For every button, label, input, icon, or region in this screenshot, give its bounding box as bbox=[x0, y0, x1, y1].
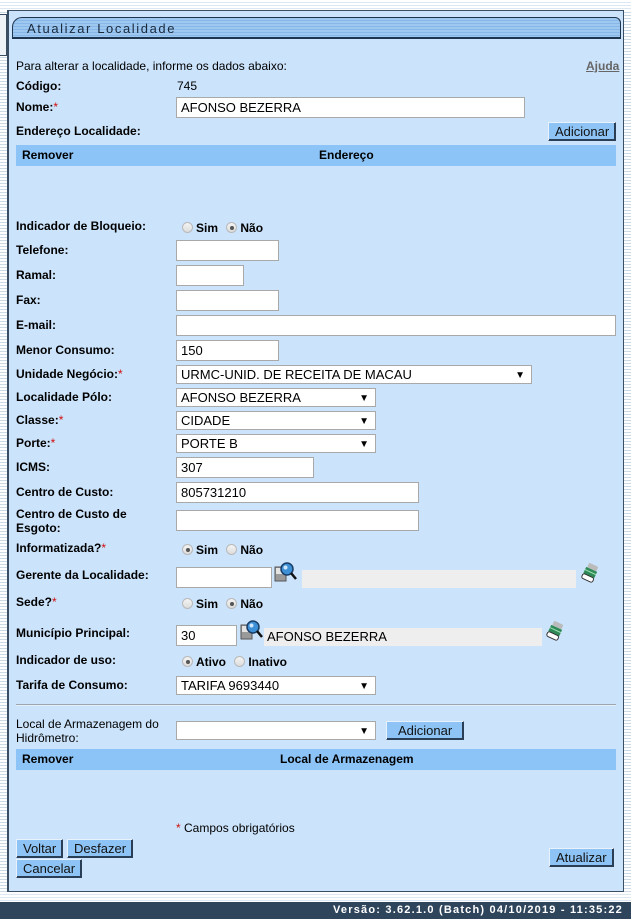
form-panel: Atualizar Localidade Para alterar a loca… bbox=[8, 10, 624, 892]
endereco-label: Endereço Localidade: bbox=[16, 124, 141, 138]
atualizar-button[interactable]: Atualizar bbox=[549, 848, 614, 867]
nome-label: Nome:* bbox=[16, 100, 58, 114]
dropdown-arrow-icon: ▼ bbox=[359, 724, 369, 739]
armazenagem-select[interactable]: ▼ bbox=[176, 721, 376, 740]
sede-label: Sede?* bbox=[16, 595, 57, 609]
uso-ativo-label: Ativo bbox=[196, 655, 226, 669]
informatizada-radio-group: Sim Não bbox=[182, 543, 268, 557]
tarifa-selected: TARIFA 9693440 bbox=[181, 678, 279, 693]
menor-consumo-input[interactable]: 150 bbox=[176, 340, 279, 361]
classe-select[interactable]: CIDADE▼ bbox=[176, 411, 376, 430]
sede-radio-group: Sim Não bbox=[182, 597, 268, 611]
voltar-button[interactable]: Voltar bbox=[16, 839, 63, 858]
porte-label-text: Porte: bbox=[16, 436, 51, 450]
classe-label-text: Classe: bbox=[16, 413, 59, 427]
endereco-grid-header: Remover Endereço bbox=[16, 145, 616, 166]
search-municipio-icon[interactable] bbox=[240, 619, 264, 641]
col-remover: Remover bbox=[22, 148, 73, 162]
informatizada-nao-radio[interactable] bbox=[226, 544, 237, 555]
porte-label: Porte:* bbox=[16, 436, 55, 450]
bloqueio-sim-radio[interactable] bbox=[182, 222, 193, 233]
desfazer-button[interactable]: Desfazer bbox=[67, 839, 133, 858]
help-link[interactable]: Ajuda bbox=[586, 59, 619, 73]
municipio-name-display: AFONSO BEZERRA bbox=[264, 628, 542, 646]
ramal-input[interactable] bbox=[176, 265, 244, 286]
bloqueio-sim-label: Sim bbox=[196, 221, 218, 235]
required-marker: * bbox=[52, 595, 57, 609]
title-bar: Atualizar Localidade bbox=[12, 17, 621, 39]
localidade-polo-label: Localidade Pólo: bbox=[16, 390, 112, 404]
unidade-negocio-select[interactable]: URMC-UNID. DE RECEITA DE MACAU▼ bbox=[176, 365, 532, 384]
add-endereco-button[interactable]: Adicionar bbox=[548, 122, 616, 141]
col-local-armazenagem: Local de Armazenagem bbox=[280, 752, 414, 766]
localidade-polo-selected: AFONSO BEZERRA bbox=[181, 390, 301, 405]
menor-consumo-label: Menor Consumo: bbox=[16, 343, 115, 357]
centro-custo-esgoto-label-2: Esgoto: bbox=[16, 521, 61, 535]
codigo-label: Código: bbox=[16, 79, 61, 93]
version-text: Versão: 3.62.1.0 (Batch) 04/10/2019 - 11… bbox=[333, 904, 623, 916]
icms-input[interactable]: 307 bbox=[176, 457, 314, 478]
sede-sim-label: Sim bbox=[196, 597, 218, 611]
required-marker: * bbox=[59, 413, 64, 427]
fax-input[interactable] bbox=[176, 290, 279, 311]
armazenagem-grid-header: Remover Local de Armazenagem bbox=[16, 749, 616, 770]
centro-custo-label: Centro de Custo: bbox=[16, 485, 113, 499]
footer-bar: Versão: 3.62.1.0 (Batch) 04/10/2019 - 11… bbox=[0, 902, 631, 919]
required-note-text: Campos obrigatórios bbox=[184, 821, 295, 835]
telefone-label: Telefone: bbox=[16, 243, 68, 257]
bloqueio-nao-radio[interactable] bbox=[226, 222, 237, 233]
uso-inativo-label: Inativo bbox=[248, 655, 287, 669]
indicador-uso-label: Indicador de uso: bbox=[16, 653, 116, 667]
ramal-label: Ramal: bbox=[16, 268, 56, 282]
email-input[interactable] bbox=[176, 315, 616, 336]
left-frame bbox=[0, 10, 8, 892]
required-marker: * bbox=[176, 821, 181, 835]
armazenagem-label-2: Hidrômetro: bbox=[16, 731, 79, 745]
eraser-gerente-icon[interactable] bbox=[581, 563, 599, 583]
email-label: E-mail: bbox=[16, 318, 56, 332]
gerente-code-input[interactable] bbox=[176, 567, 272, 588]
sede-nao-label: Não bbox=[240, 597, 263, 611]
classe-selected: CIDADE bbox=[181, 413, 230, 428]
right-frame bbox=[624, 10, 631, 892]
municipio-code-input[interactable]: 30 bbox=[176, 625, 237, 646]
dropdown-arrow-icon: ▼ bbox=[359, 679, 369, 694]
required-marker: * bbox=[118, 367, 123, 381]
unidade-negocio-label-text: Unidade Negócio: bbox=[16, 367, 118, 381]
porte-selected: PORTE B bbox=[181, 436, 238, 451]
icms-label: ICMS: bbox=[16, 460, 50, 474]
dropdown-arrow-icon: ▼ bbox=[515, 368, 525, 383]
cancelar-button[interactable]: Cancelar bbox=[16, 859, 82, 878]
classe-label: Classe:* bbox=[16, 413, 63, 427]
codigo-value: 745 bbox=[177, 79, 197, 93]
tarifa-label: Tarifa de Consumo: bbox=[16, 678, 128, 692]
informatizada-sim-label: Sim bbox=[196, 543, 218, 557]
tarifa-select[interactable]: TARIFA 9693440▼ bbox=[176, 676, 376, 695]
top-decoration bbox=[0, 0, 631, 10]
required-marker: * bbox=[101, 541, 106, 555]
uso-inativo-radio[interactable] bbox=[234, 656, 245, 667]
informatizada-sim-radio[interactable] bbox=[182, 544, 193, 555]
sede-sim-radio[interactable] bbox=[182, 598, 193, 609]
informatizada-label-text: Informatizada? bbox=[16, 541, 101, 555]
dropdown-arrow-icon: ▼ bbox=[359, 391, 369, 406]
col-remover: Remover bbox=[22, 752, 73, 766]
indicador-uso-radio-group: Ativo Inativo bbox=[182, 655, 292, 669]
uso-ativo-radio[interactable] bbox=[182, 656, 193, 667]
page-title: Atualizar Localidade bbox=[27, 21, 176, 36]
dropdown-arrow-icon: ▼ bbox=[359, 437, 369, 452]
centro-custo-input[interactable]: 805731210 bbox=[176, 482, 419, 503]
intro-text: Para alterar a localidade, informe os da… bbox=[16, 59, 287, 73]
unidade-negocio-label: Unidade Negócio:* bbox=[16, 367, 123, 381]
localidade-polo-select[interactable]: AFONSO BEZERRA▼ bbox=[176, 388, 376, 407]
search-gerente-icon[interactable] bbox=[274, 561, 298, 583]
informatizada-nao-label: Não bbox=[240, 543, 263, 557]
bloqueio-radio-group: Sim Não bbox=[182, 221, 268, 235]
section-divider bbox=[16, 704, 616, 706]
gerente-name-display bbox=[302, 570, 576, 588]
nome-label-text: Nome: bbox=[16, 100, 53, 114]
sede-label-text: Sede? bbox=[16, 595, 52, 609]
bloqueio-nao-label: Não bbox=[240, 221, 263, 235]
required-marker: * bbox=[53, 100, 58, 114]
informatizada-label: Informatizada?* bbox=[16, 541, 106, 555]
bloqueio-label: Indicador de Bloqueio: bbox=[16, 219, 146, 233]
footer-decoration bbox=[0, 892, 631, 902]
municipio-label: Município Principal: bbox=[16, 626, 130, 640]
required-marker: * bbox=[51, 436, 56, 450]
fax-label: Fax: bbox=[16, 293, 41, 307]
centro-custo-esgoto-input[interactable] bbox=[176, 510, 419, 531]
armazenagem-label-1: Local de Armazenagem do bbox=[16, 717, 159, 731]
left-frame-notch bbox=[0, 14, 7, 56]
dropdown-arrow-icon: ▼ bbox=[359, 414, 369, 429]
sede-nao-radio[interactable] bbox=[226, 598, 237, 609]
centro-custo-esgoto-label-1: Centro de Custo de bbox=[16, 507, 127, 521]
gerente-label: Gerente da Localidade: bbox=[16, 568, 149, 582]
required-note: * Campos obrigatórios bbox=[176, 821, 295, 835]
unidade-negocio-selected: URMC-UNID. DE RECEITA DE MACAU bbox=[181, 367, 412, 382]
add-armazenagem-button[interactable]: Adicionar bbox=[386, 721, 464, 740]
porte-select[interactable]: PORTE B▼ bbox=[176, 434, 376, 453]
col-endereco: Endereço bbox=[319, 148, 374, 162]
telefone-input[interactable] bbox=[176, 240, 279, 261]
nome-input[interactable]: AFONSO BEZERRA bbox=[176, 97, 525, 118]
eraser-municipio-icon[interactable] bbox=[546, 621, 564, 641]
